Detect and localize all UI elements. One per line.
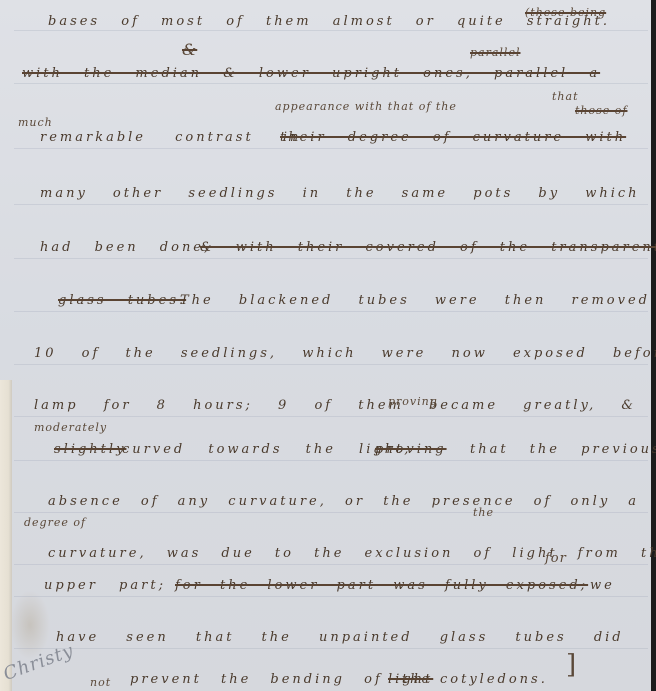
deleted-text: slightly — [54, 442, 126, 457]
margin-note: moderately — [34, 421, 107, 434]
insertion: proving — [388, 395, 438, 408]
text-line: lamp for 8 hours; 9 of them became great… — [34, 398, 656, 413]
insertion: appearance with that of the — [275, 100, 457, 113]
ruled-line — [14, 148, 648, 149]
deleted-text: proving — [375, 442, 447, 457]
deleted-text: (these being — [525, 6, 606, 19]
deleted-text: & with their covered of the transparent — [200, 240, 656, 255]
insertion: that — [552, 90, 578, 103]
ruled-line — [14, 460, 648, 461]
deleted-text: their degree of curvature with — [280, 130, 626, 145]
ruled-line — [14, 30, 648, 31]
manuscript-page: bases of most of them almost or quite st… — [0, 0, 656, 691]
text-line: not — [90, 676, 111, 689]
text-line: prevent the bending of the — [130, 672, 432, 687]
deleted-insertion: parallel — [470, 46, 520, 59]
text-line: absence of any curvature, or the presenc… — [48, 494, 656, 509]
deleted-line: with the median & lower upright ones, pa… — [22, 66, 600, 81]
text-line: that the previous — [470, 442, 656, 457]
text-line: cotyledons. — [440, 672, 548, 687]
text-line: curved towards the light, — [122, 442, 411, 457]
ruled-line — [14, 258, 648, 259]
deleted-text: for the lower part was fully exposed; — [175, 578, 588, 593]
deleted-insertion: those of — [575, 104, 627, 117]
text-line: remarkable contrast in — [40, 130, 301, 145]
ruled-line — [14, 512, 648, 513]
text-line: 10 of the seedlings, which were now expo… — [34, 346, 656, 361]
text-line: many other seedlings in the same pots by… — [40, 186, 656, 201]
ruled-line — [14, 364, 648, 365]
ruled-line — [14, 416, 648, 417]
deleted-text: glass tubes. — [58, 293, 186, 308]
text-line: had been done, — [40, 240, 211, 255]
text-line: upper part; — [44, 578, 166, 593]
ruled-line — [14, 596, 648, 597]
margin-note: degree of — [24, 516, 86, 529]
insertion-mark: & — [182, 40, 197, 59]
text-line: we — [590, 578, 615, 593]
ruled-line — [14, 204, 648, 205]
margin-note: much — [18, 116, 53, 129]
ruled-line — [14, 648, 648, 649]
ruled-line — [14, 311, 648, 312]
closing-bracket: ] — [566, 650, 576, 680]
text-line: The blackened tubes were then removed fr… — [180, 293, 656, 308]
ruled-line — [14, 83, 648, 84]
insertion: for — [545, 551, 567, 566]
deleted-text: light — [388, 672, 433, 687]
text-line: have seen that the unpainted glass tubes… — [56, 630, 624, 645]
insertion: the — [473, 506, 494, 519]
page-edge-left — [0, 380, 12, 691]
